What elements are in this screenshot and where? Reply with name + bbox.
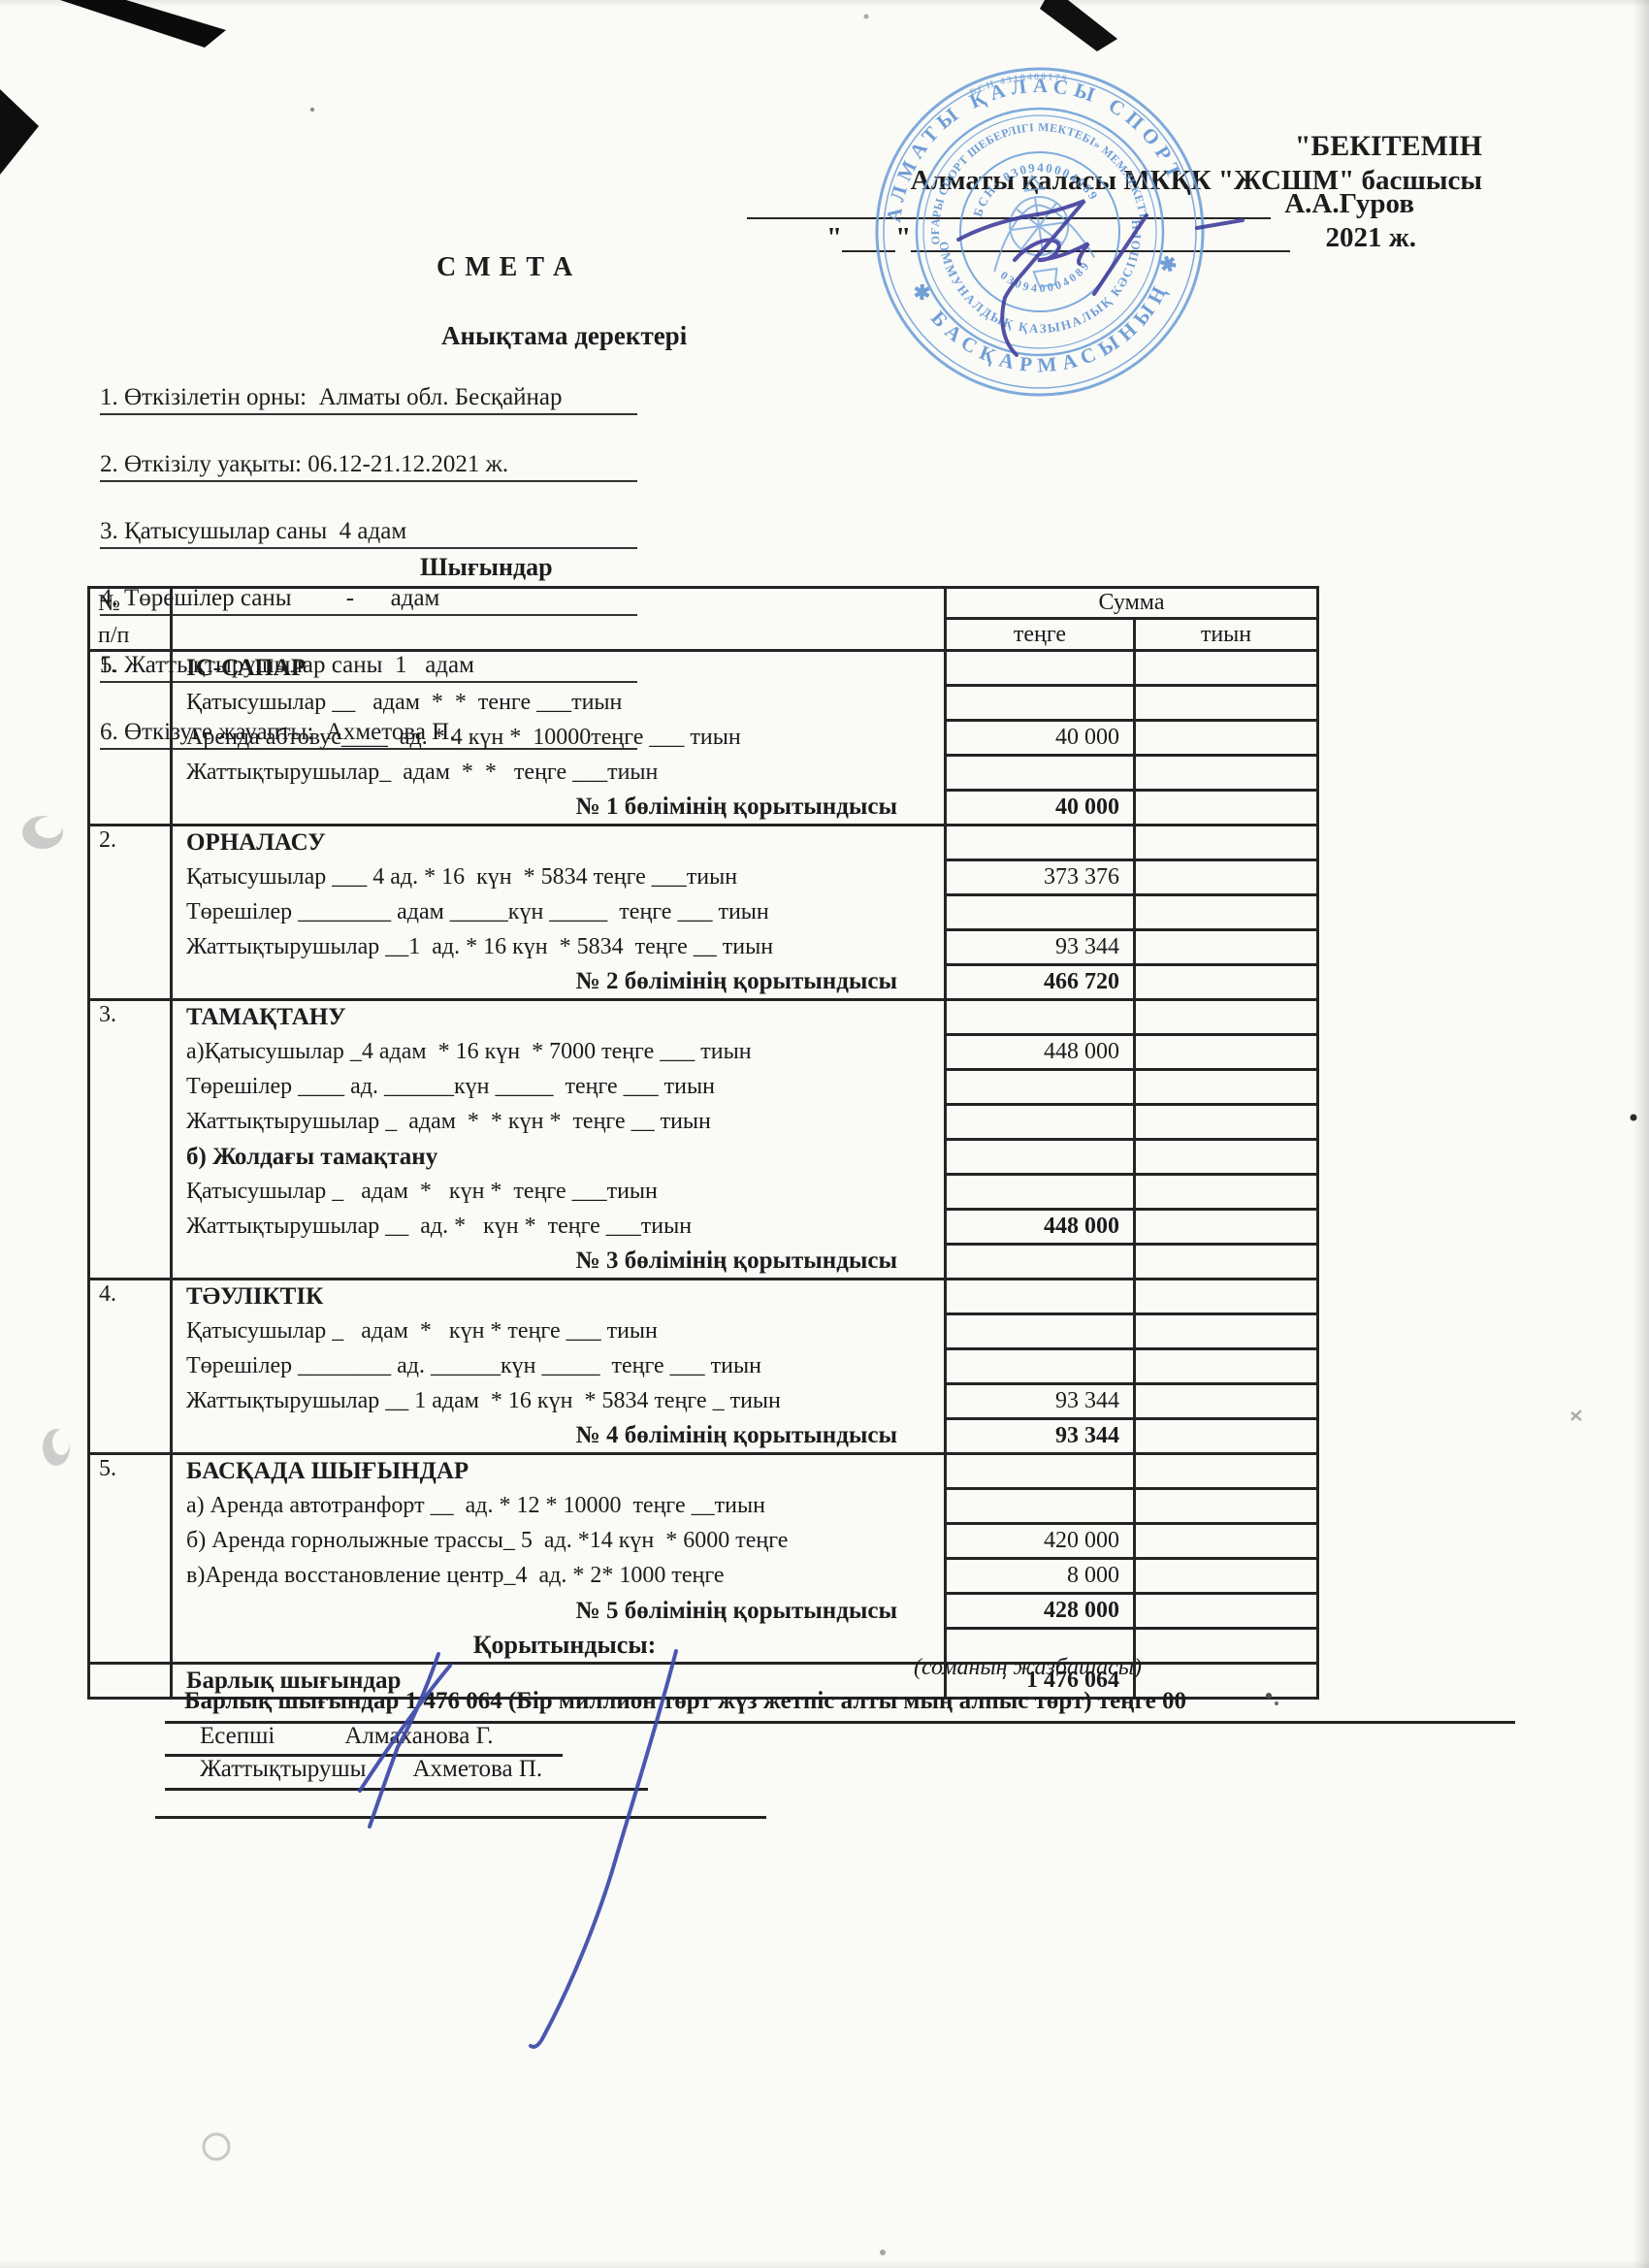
table-row: б) Жолдағы тамақтану xyxy=(89,1140,1318,1175)
scan-edge-right xyxy=(1633,0,1649,2268)
amount-tenge: 466 720 xyxy=(946,965,1135,1000)
amount-tenge: 40 000 xyxy=(946,721,1135,756)
amount-tiyn xyxy=(1135,1454,1318,1489)
amount-tenge: 448 000 xyxy=(946,1035,1135,1070)
expense-line: БАСҚАДА ШЫҒЫНДАР xyxy=(172,1454,946,1489)
document-title: С М Е Т А xyxy=(436,252,573,283)
table-row: Төрешілер ____ ад. ______күн _____ теңге… xyxy=(89,1070,1318,1105)
table-row: 3.ТАМАҚТАНУ xyxy=(89,1000,1318,1035)
expense-line: Төрешілер ________ адам _____күн _____ т… xyxy=(172,895,946,930)
amount-tenge xyxy=(946,1245,1135,1280)
amount-tenge: 420 000 xyxy=(946,1524,1135,1559)
amount-tenge: 8 000 xyxy=(946,1559,1135,1594)
expense-line: Төрешілер ________ ад. ______күн _____ т… xyxy=(172,1349,946,1384)
amount-tiyn xyxy=(1135,930,1318,965)
reference-data-heading: Анықтама деректері xyxy=(441,321,687,351)
amount-tenge xyxy=(946,1105,1135,1140)
amount-tenge xyxy=(946,1349,1135,1384)
scanned-document-page: "БЕКІТЕМІН Алматы қаласы МКҚК "ЖСШМ" бас… xyxy=(0,0,1649,2268)
amount-tiyn xyxy=(1135,1140,1318,1175)
approval-heading: "БЕКІТЕМІН xyxy=(1295,130,1482,163)
amount-tiyn xyxy=(1135,1524,1318,1559)
amount-in-words-note: (соманың жазбашасы) xyxy=(914,1655,1142,1681)
expense-line: ТӘУЛІКТІК xyxy=(172,1280,946,1314)
amount-tiyn xyxy=(1135,1629,1318,1664)
table-header-row: № п/п Сумма xyxy=(89,588,1318,619)
list-item: 2. Өткізілу уақыты: 06.12-21.12.2021 ж. xyxy=(100,451,637,482)
expense-line: Қатысушылар ___ 4 ад. * 16 күн * 5834 те… xyxy=(172,860,946,895)
amount-tiyn xyxy=(1135,1280,1318,1314)
amount-tiyn xyxy=(1135,1105,1318,1140)
amount-tenge xyxy=(946,1280,1135,1314)
quote-mark: " xyxy=(826,223,842,252)
expenses-table: № п/п Сумма теңге тиын 1.ІС-САПАРҚатысуш… xyxy=(87,586,1319,1700)
table-row: в)Аренда восстановление центр_4 ад. * 2*… xyxy=(89,1559,1318,1594)
expense-line: б) Аренда горнолыжные трассы_ 5 ад. *14 … xyxy=(172,1524,946,1559)
section-number: 5. xyxy=(89,1454,172,1664)
expense-line: Қатысушылар _ адам * күн * теңге ___тиын xyxy=(172,1175,946,1210)
amount-tenge xyxy=(946,1489,1135,1524)
expense-line: в)Аренда восстановление центр_4 ад. * 2*… xyxy=(172,1559,946,1594)
expense-line: Төрешілер ____ ад. ______күн _____ теңге… xyxy=(172,1070,946,1105)
amount-tenge xyxy=(946,1454,1135,1489)
expense-line: Қатысушылар __ адам * * тенге ___тиын xyxy=(172,686,946,721)
expense-line: Жаттықтырушылар __1 ад. * 16 күн * 5834 … xyxy=(172,930,946,965)
amount-tiyn xyxy=(1135,1594,1318,1629)
table-row: 4.ТӘУЛІКТІК xyxy=(89,1280,1318,1314)
col-header-summa: Сумма xyxy=(946,588,1318,619)
amount-tiyn xyxy=(1135,686,1318,721)
amount-tenge: 428 000 xyxy=(946,1594,1135,1629)
table-row: № 3 бөлімінің қорытындысы xyxy=(89,1245,1318,1280)
col-header-description xyxy=(172,588,946,651)
table-row: Қатысушылар __ адам * * тенге ___тиын xyxy=(89,686,1318,721)
trainer-label: Жаттықтырушы xyxy=(165,1756,366,1783)
amount-tenge xyxy=(946,1140,1135,1175)
official-stamp: БСН 4310400179 АЛМАТЫ ҚАЛАСЫ СПОРТ ✱ БАС… xyxy=(831,23,1247,439)
table-row: № 1 бөлімінің қорытындысы40 000 xyxy=(89,791,1318,826)
section-number: 2. xyxy=(89,826,172,1000)
amount-tiyn xyxy=(1135,1419,1318,1454)
accountant-label: Есепші xyxy=(165,1723,275,1750)
expense-line: ІС-САПАР xyxy=(172,651,946,686)
section-number: 4. xyxy=(89,1280,172,1454)
list-item: 3. Қатысушылар саны 4 адам xyxy=(100,518,637,549)
amount-tenge xyxy=(946,1070,1135,1105)
table-row: 5.БАСҚАДА ШЫҒЫНДАР xyxy=(89,1454,1318,1489)
amount-tiyn xyxy=(1135,756,1318,791)
amount-tiyn xyxy=(1135,1210,1318,1245)
amount-tenge xyxy=(946,686,1135,721)
stamp-bsn-text: БСН: 030940004089 xyxy=(964,151,1103,220)
table-row: Қатысушылар ___ 4 ад. * 16 күн * 5834 те… xyxy=(89,860,1318,895)
expenses-table-body: 1.ІС-САПАРҚатысушылар __ адам * * тенге … xyxy=(89,651,1318,1699)
table-row: № 4 бөлімінің қорытындысы93 344 xyxy=(89,1419,1318,1454)
table-row: № 2 бөлімінің қорытындысы466 720 xyxy=(89,965,1318,1000)
table-row: Қатысушылар _ адам * күн * теңге ___тиын xyxy=(89,1175,1318,1210)
trainer-name: Ахметова П. xyxy=(412,1756,542,1783)
section-number: 3. xyxy=(89,1000,172,1280)
section-number: 1. xyxy=(89,651,172,826)
amount-tenge: 448 000 xyxy=(946,1210,1135,1245)
amount-tenge xyxy=(946,826,1135,860)
expenses-heading: Шығындар xyxy=(420,553,553,582)
expense-line: ТАМАҚТАНУ xyxy=(172,1000,946,1035)
amount-tiyn xyxy=(1135,826,1318,860)
amount-tiyn xyxy=(1135,1035,1318,1070)
scan-edge-top xyxy=(0,0,1649,7)
col-header-number-top: № xyxy=(98,591,170,617)
amount-tiyn xyxy=(1135,651,1318,686)
accountant-signature-row: Есепші Алмаханова Г. xyxy=(165,1723,563,1757)
amount-tiyn xyxy=(1135,1489,1318,1524)
amount-tenge: 373 376 xyxy=(946,860,1135,895)
expense-line: а)Қатысушылар _4 адам * 16 күн * 7000 те… xyxy=(172,1035,946,1070)
expense-line: № 4 бөлімінің қорытындысы xyxy=(172,1419,946,1454)
scan-edge-bottom xyxy=(0,2259,1649,2268)
amount-tenge xyxy=(946,895,1135,930)
table-row: Аренда абтовус____ ад. * 4 күн * 10000те… xyxy=(89,721,1318,756)
list-item: 1. Өткізілетін орны: Алматы обл. Бесқайн… xyxy=(100,384,637,415)
accountant-name: Алмаханова Г. xyxy=(344,1723,493,1750)
col-header-tenge: теңге xyxy=(946,619,1135,651)
col-header-number: № п/п xyxy=(89,588,172,651)
approval-year: 2021 ж. xyxy=(1325,223,1416,252)
table-row: Қатысушылар _ адам * күн * теңге ___ тиы… xyxy=(89,1314,1318,1349)
col-header-tiyn: тиын xyxy=(1135,619,1318,651)
table-row: а)Қатысушылар _4 адам * 16 күн * 7000 те… xyxy=(89,1035,1318,1070)
amount-tiyn xyxy=(1135,1070,1318,1105)
amount-tiyn xyxy=(1135,791,1318,826)
expense-line: Жаттықтырушылар_ адам * * теңге ___тиын xyxy=(172,756,946,791)
expense-line: Қорытындысы: xyxy=(172,1629,946,1664)
col-header-number-bottom: п/п xyxy=(98,623,170,649)
scan-artifact-left-edge xyxy=(0,89,39,175)
amount-tenge: 93 344 xyxy=(946,1384,1135,1419)
table-row: № 5 бөлімінің қорытындысы428 000 xyxy=(89,1594,1318,1629)
amount-tenge xyxy=(946,1175,1135,1210)
expense-line: ОРНАЛАСУ xyxy=(172,826,946,860)
section-number xyxy=(89,1664,172,1699)
table-row: 1.ІС-САПАР xyxy=(89,651,1318,686)
amount-tiyn xyxy=(1135,721,1318,756)
amount-tenge xyxy=(946,756,1135,791)
table-row: 2.ОРНАЛАСУ xyxy=(89,826,1318,860)
expense-line: № 5 бөлімінің қорытындысы xyxy=(172,1594,946,1629)
amount-tenge: 40 000 xyxy=(946,791,1135,826)
table-row: б) Аренда горнолыжные трассы_ 5 ад. *14 … xyxy=(89,1524,1318,1559)
expense-line: б) Жолдағы тамақтану xyxy=(172,1140,946,1175)
table-row: Жаттықтырушылар __1 ад. * 16 күн * 5834 … xyxy=(89,930,1318,965)
expense-line: № 3 бөлімінің қорытындысы xyxy=(172,1245,946,1280)
expense-line: № 2 бөлімінің қорытындысы xyxy=(172,965,946,1000)
stamp-bsn-digits: 030940004089 xyxy=(996,256,1096,301)
approver-name: А.А.Гуров xyxy=(1284,188,1414,219)
amount-tenge: 93 344 xyxy=(946,930,1135,965)
table-row: Жаттықтырушылар_ адам * * теңге ___тиын xyxy=(89,756,1318,791)
table-row: Жаттықтырушылар _ адам * * күн * теңге _… xyxy=(89,1105,1318,1140)
trainer-signature-row: Жаттықтырушы Ахметова П. xyxy=(165,1756,648,1791)
expense-line: Қатысушылар _ адам * күн * теңге ___ тиы… xyxy=(172,1314,946,1349)
table-row: Төрешілер ________ ад. ______күн _____ т… xyxy=(89,1349,1318,1384)
amount-tiyn xyxy=(1135,1245,1318,1280)
amount-tenge xyxy=(946,651,1135,686)
amount-tiyn xyxy=(1135,895,1318,930)
amount-tiyn xyxy=(1135,1175,1318,1210)
amount-tiyn xyxy=(1135,965,1318,1000)
amount-tiyn xyxy=(1135,1384,1318,1419)
amount-tiyn xyxy=(1135,1000,1318,1035)
grand-total-line: Барлық шығындар 1 476 064 (Бір миллион т… xyxy=(165,1688,1515,1724)
amount-tiyn xyxy=(1135,1314,1318,1349)
expense-line: Жаттықтырушылар _ адам * * күн * теңге _… xyxy=(172,1105,946,1140)
amount-tiyn xyxy=(1135,1559,1318,1594)
amount-tiyn xyxy=(1135,1349,1318,1384)
table-row: Төрешілер ________ адам _____күн _____ т… xyxy=(89,895,1318,930)
amount-tenge xyxy=(946,1000,1135,1035)
amount-tenge: 93 344 xyxy=(946,1419,1135,1454)
expense-line: Жаттықтырушылар __ ад. * күн * теңге ___… xyxy=(172,1210,946,1245)
expense-line: № 1 бөлімінің қорытындысы xyxy=(172,791,946,826)
scan-artifact-top-left xyxy=(60,0,226,48)
table-row: Жаттықтырушылар __ ад. * күн * теңге ___… xyxy=(89,1210,1318,1245)
amount-tenge xyxy=(946,1314,1135,1349)
expense-line: Жаттықтырушылар __ 1 адам * 16 күн * 583… xyxy=(172,1384,946,1419)
table-row: а) Аренда автотранфорт __ ад. * 12 * 100… xyxy=(89,1489,1318,1524)
expense-line: Аренда абтовус____ ад. * 4 күн * 10000те… xyxy=(172,721,946,756)
expense-line: а) Аренда автотранфорт __ ад. * 12 * 100… xyxy=(172,1489,946,1524)
signature-rule-long xyxy=(155,1816,766,1819)
amount-tiyn xyxy=(1135,860,1318,895)
table-row: Жаттықтырушылар __ 1 адам * 16 күн * 583… xyxy=(89,1384,1318,1419)
